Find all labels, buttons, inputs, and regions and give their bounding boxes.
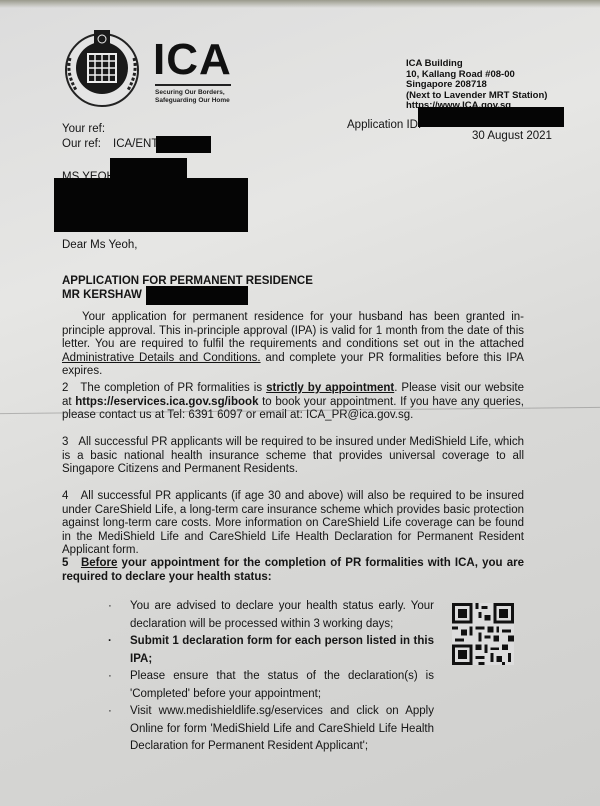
- list-item: ·You are advised to declare your health …: [108, 598, 434, 633]
- page-edge-shadow: [0, 0, 600, 8]
- paragraph-1: Your application for permanent residence…: [62, 311, 524, 379]
- tagline: Securing Our Borders, Safeguarding Our H…: [155, 89, 230, 105]
- your-ref-label: Your ref:: [62, 122, 105, 136]
- admin-details-link[interactable]: Administrative Details and Conditions.: [62, 352, 261, 364]
- redacted-ref: [156, 136, 211, 153]
- redacted-application-id: [418, 107, 564, 127]
- our-ref-value: ICA/ENT: [113, 137, 158, 151]
- tagline-line-1: Securing Our Borders,: [155, 89, 230, 97]
- paragraph-4: 4 All successful PR applicants (if age 3…: [62, 490, 524, 558]
- paragraph-2: 2 The completion of PR formalities is st…: [62, 382, 524, 423]
- address-line: Singapore 208718: [406, 80, 547, 91]
- letter-page: ICA Securing Our Borders, Safeguarding O…: [0, 0, 600, 806]
- redacted-applicant-name: [146, 286, 248, 305]
- ibook-link[interactable]: https://eservices.ica.gov.sg/ibook: [75, 396, 258, 408]
- tagline-line-2: Safeguarding Our Home: [155, 97, 230, 105]
- list-item: ·Submit 1 declaration form for each pers…: [108, 633, 434, 668]
- our-ref-label: Our ref:: [62, 137, 101, 151]
- health-declaration-list: ·You are advised to declare your health …: [108, 598, 434, 756]
- strictly-by-appointment: strictly by appointment: [266, 382, 394, 394]
- paragraph-3: 3 All successful PR applicants will be r…: [62, 436, 524, 477]
- subject-line-2: MR KERSHAW: [62, 288, 142, 302]
- redacted-recipient-address: [54, 178, 248, 232]
- wordmark-rule: [155, 84, 231, 86]
- ica-address: ICA Building 10, Kallang Road #08-00 Sin…: [406, 59, 547, 112]
- salutation: Dear Ms Yeoh,: [62, 238, 137, 252]
- qr-code-icon[interactable]: [451, 603, 515, 665]
- list-item: ·Please ensure that the status of the de…: [108, 668, 434, 703]
- redacted-recipient-name: [110, 158, 187, 180]
- letter-date: 30 August 2021: [472, 129, 552, 143]
- list-item: ·Visit www.medishieldlife.sg/eservices a…: [108, 703, 434, 756]
- application-id-label: Application ID:: [347, 118, 421, 132]
- ica-wordmark: ICA: [153, 38, 232, 82]
- ica-crest-icon: [60, 28, 144, 108]
- address-line: ICA Building: [406, 59, 547, 70]
- paragraph-5: 5 Before your appointment for the comple…: [62, 557, 524, 584]
